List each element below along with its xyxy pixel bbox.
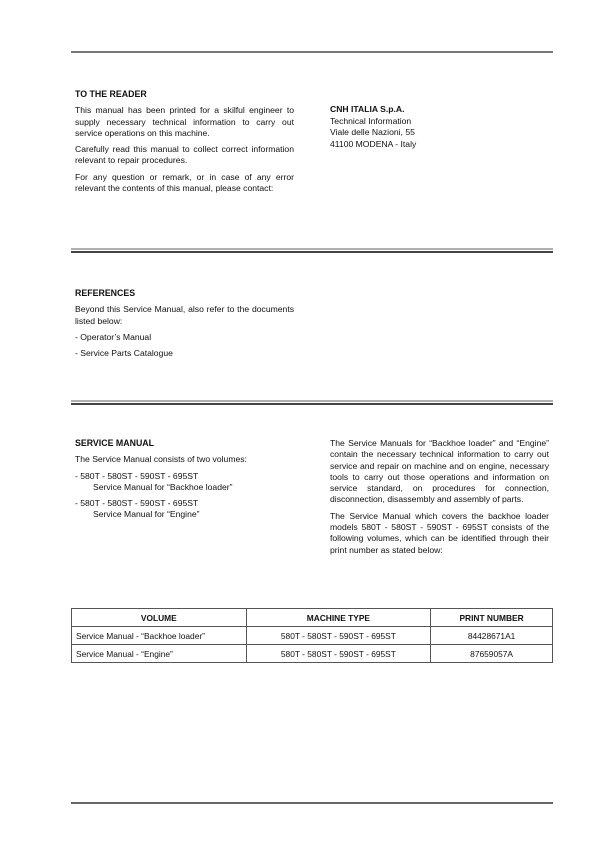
references-intro: Beyond this Service Manual, also refer t… bbox=[75, 304, 294, 327]
cell-machine-type: 580T - 580ST - 590ST - 695ST bbox=[246, 645, 431, 663]
footer-rule bbox=[71, 802, 553, 804]
header-print-number: PRINT NUMBER bbox=[431, 609, 553, 627]
table-row: Service Manual - “Engine” 580T - 580ST -… bbox=[72, 645, 553, 663]
volume-models: - 580T - 580ST - 590ST - 695ST bbox=[84, 471, 294, 482]
paragraph: Carefully read this manual to collect co… bbox=[75, 144, 294, 167]
contact-address: CNH ITALIA S.p.A. Technical Information … bbox=[330, 104, 549, 150]
paragraph: This manual has been printed for a skilf… bbox=[75, 105, 294, 139]
street: Viale delle Nazioni, 55 bbox=[330, 127, 549, 139]
volume-title: Service Manual for “Engine” bbox=[84, 509, 294, 520]
references-section: REFERENCES Beyond this Service Manual, a… bbox=[75, 288, 294, 364]
cell-volume: Service Manual - “Backhoe loader” bbox=[72, 627, 247, 645]
header-machine-type: MACHINE TYPE bbox=[246, 609, 431, 627]
section-divider bbox=[71, 248, 553, 253]
cell-print-number: 87659057A bbox=[431, 645, 553, 663]
header-rule bbox=[71, 51, 553, 53]
paragraph: The Service Manual which covers the back… bbox=[330, 511, 549, 556]
references-heading: REFERENCES bbox=[75, 288, 294, 299]
cell-print-number: 84428671A1 bbox=[431, 627, 553, 645]
service-manual-intro: The Service Manual consists of two volum… bbox=[75, 454, 294, 465]
paragraph: The Service Manuals for “Backhoe loader”… bbox=[330, 438, 549, 506]
cell-volume: Service Manual - “Engine” bbox=[72, 645, 247, 663]
service-manual-heading: SERVICE MANUAL bbox=[75, 438, 294, 449]
cell-machine-type: 580T - 580ST - 590ST - 695ST bbox=[246, 627, 431, 645]
to-the-reader-heading: TO THE READER bbox=[75, 89, 294, 100]
service-manual-description: The Service Manuals for “Backhoe loader”… bbox=[330, 438, 549, 561]
table-header-row: VOLUME MACHINE TYPE PRINT NUMBER bbox=[72, 609, 553, 627]
section-divider bbox=[71, 400, 553, 405]
city: 41100 MODENA - Italy bbox=[330, 139, 549, 151]
paragraph: For any question or remark, or in case o… bbox=[75, 172, 294, 195]
table-row: Service Manual - “Backhoe loader” 580T -… bbox=[72, 627, 553, 645]
service-manual-section: SERVICE MANUAL The Service Manual consis… bbox=[75, 438, 294, 526]
list-item: - Service Parts Catalogue bbox=[75, 348, 294, 359]
header-volume: VOLUME bbox=[72, 609, 247, 627]
company-name: CNH ITALIA S.p.A. bbox=[330, 104, 549, 116]
volume-models: - 580T - 580ST - 590ST - 695ST bbox=[84, 498, 294, 509]
department: Technical Information bbox=[330, 116, 549, 128]
print-number-table: VOLUME MACHINE TYPE PRINT NUMBER Service… bbox=[71, 608, 553, 663]
to-the-reader-section: TO THE READER This manual has been print… bbox=[75, 89, 294, 199]
volume-item: - 580T - 580ST - 590ST - 695ST Service M… bbox=[75, 471, 294, 494]
volume-title: Service Manual for “Backhoe loader” bbox=[84, 482, 294, 493]
volume-item: - 580T - 580ST - 590ST - 695ST Service M… bbox=[75, 498, 294, 521]
list-item: - Operator’s Manual bbox=[75, 332, 294, 343]
